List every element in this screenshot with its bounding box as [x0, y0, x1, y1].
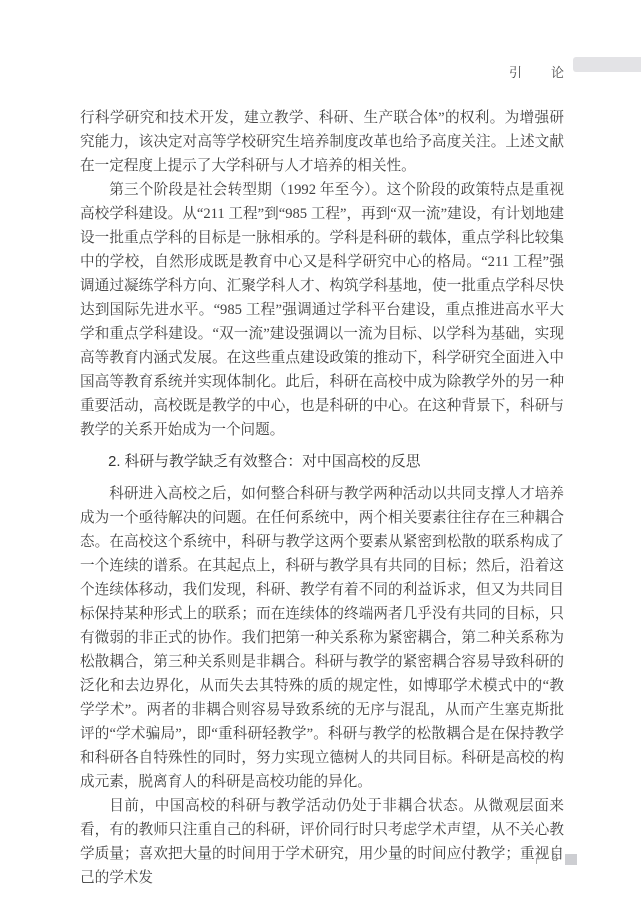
page-body: 行科学研究和技术开发，建立教学、科研、生产联合体”的权利。为增强研究能力，该决定… [80, 106, 564, 890]
footer-square-ornament [565, 854, 577, 865]
page-number: 3 [552, 853, 558, 865]
book-page: 引 论 行科学研究和技术开发，建立教学、科研、生产联合体”的权利。为增强研究能力… [0, 0, 641, 906]
paragraph: 科研进入高校之后，如何整合科研与教学两种活动以共同支撑人才培养成为一个亟待解决的… [80, 482, 564, 794]
section-heading: 2. 科研与教学缺乏有效整合：对中国高校的反思 [80, 450, 564, 474]
paragraph: 行科学研究和技术开发，建立教学、科研、生产联合体”的权利。为增强研究能力，该决定… [80, 106, 564, 178]
paragraph: 第三个阶段是社会转型期（1992 年至今）。这个阶段的政策特点是重视高校学科建设… [80, 178, 564, 442]
footer-corner-mark [536, 858, 545, 864]
running-title: 引 论 [509, 62, 565, 81]
paragraph: 目前，中国高校的科研与教学活动仍处于非耦合状态。从微观层面来看，有的教师只注重自… [80, 794, 564, 890]
header-accent-bar [573, 57, 641, 72]
page-footer: 3 [536, 852, 577, 866]
